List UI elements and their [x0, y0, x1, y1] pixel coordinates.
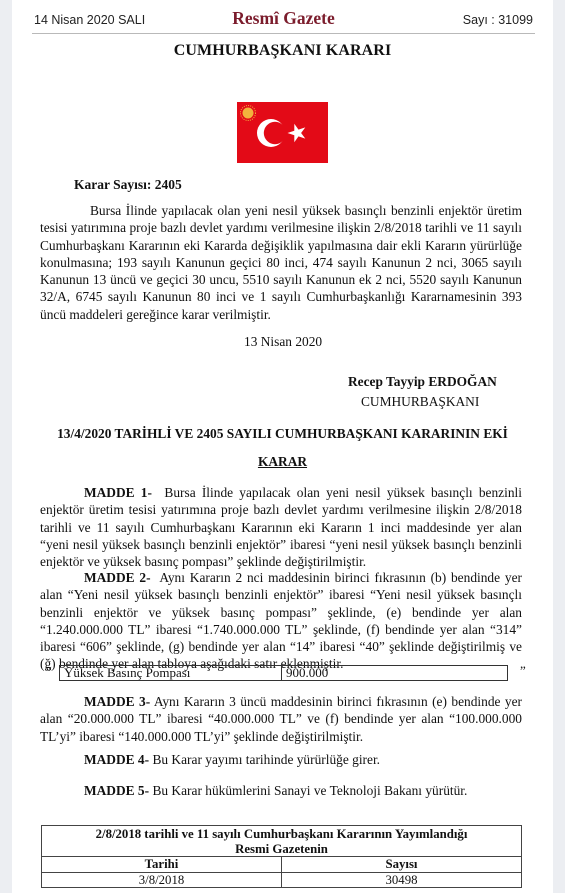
article-label: MADDE 1-: [84, 485, 152, 500]
column-header-date: Tarihi: [42, 857, 282, 873]
decision-number: Karar Sayısı: 2405: [74, 177, 182, 193]
article-text: Bu Karar yayımı tarihinde yürürlüğe gire…: [152, 752, 380, 767]
article-text: Bu Karar hükümlerini Sanayi ve Teknoloji…: [152, 783, 467, 798]
signer-title: CUMHURBAŞKANI: [361, 394, 479, 410]
row-value: 900.000: [282, 666, 507, 680]
reference-caption: 2/8/2018 tarihli ve 11 sayılı Cumhurbaşk…: [42, 826, 522, 857]
gazette-header: 14 Nisan 2020 SALI Resmî Gazete Sayı : 3…: [32, 8, 535, 34]
article-label: MADDE 5-: [84, 783, 149, 798]
annex-subheading: KARAR: [12, 454, 553, 470]
article-1: MADDE 1- Bursa İlinde yapılacak olan yen…: [40, 484, 522, 570]
gazette-page: 14 Nisan 2020 SALI Resmî Gazete Sayı : 3…: [12, 0, 553, 893]
article-3: MADDE 3- Aynı Kararın 3 üncü maddesinin …: [40, 693, 522, 745]
article-text: Aynı Kararın 2 nci maddesinin birinci fı…: [40, 570, 522, 671]
issue-number: Sayı : 31099: [463, 13, 533, 27]
article-5: MADDE 5- Bu Karar hükümlerini Sanayi ve …: [40, 782, 522, 799]
article-4: MADDE 4- Bu Karar yayımı tarihinde yürür…: [40, 751, 522, 768]
quote-close: ”: [520, 663, 526, 679]
section-title: CUMHURBAŞKANI KARARI: [12, 42, 553, 60]
inserted-table-row: Yüksek Basınç Pompası 900.000: [59, 665, 508, 681]
quote-open: “: [46, 663, 52, 679]
cell-date: 3/8/2018: [42, 872, 282, 888]
signer-name: Recep Tayyip ERDOĞAN: [348, 374, 497, 390]
annex-heading: 13/4/2020 TARİHLİ VE 2405 SAYILI CUMHURB…: [12, 426, 553, 442]
reference-table: 2/8/2018 tarihli ve 11 sayılı Cumhurbaşk…: [41, 825, 522, 888]
article-label: MADDE 2-: [84, 570, 151, 585]
article-2: MADDE 2- Aynı Kararın 2 nci maddesinin b…: [40, 569, 522, 673]
turkish-flag-icon: [237, 102, 328, 163]
decision-body: Bursa İlinde yapılacak olan yeni nesil y…: [40, 202, 522, 323]
decision-date: 13 Nisan 2020: [244, 334, 322, 350]
article-label: MADDE 3-: [84, 694, 150, 709]
article-label: MADDE 4-: [84, 752, 149, 767]
gazette-title: Resmî Gazete: [32, 8, 535, 29]
table-row: 3/8/2018 30498: [42, 872, 522, 888]
row-item: Yüksek Basınç Pompası: [60, 666, 282, 680]
cell-number: 30498: [282, 872, 522, 888]
column-header-number: Sayısı: [282, 857, 522, 873]
